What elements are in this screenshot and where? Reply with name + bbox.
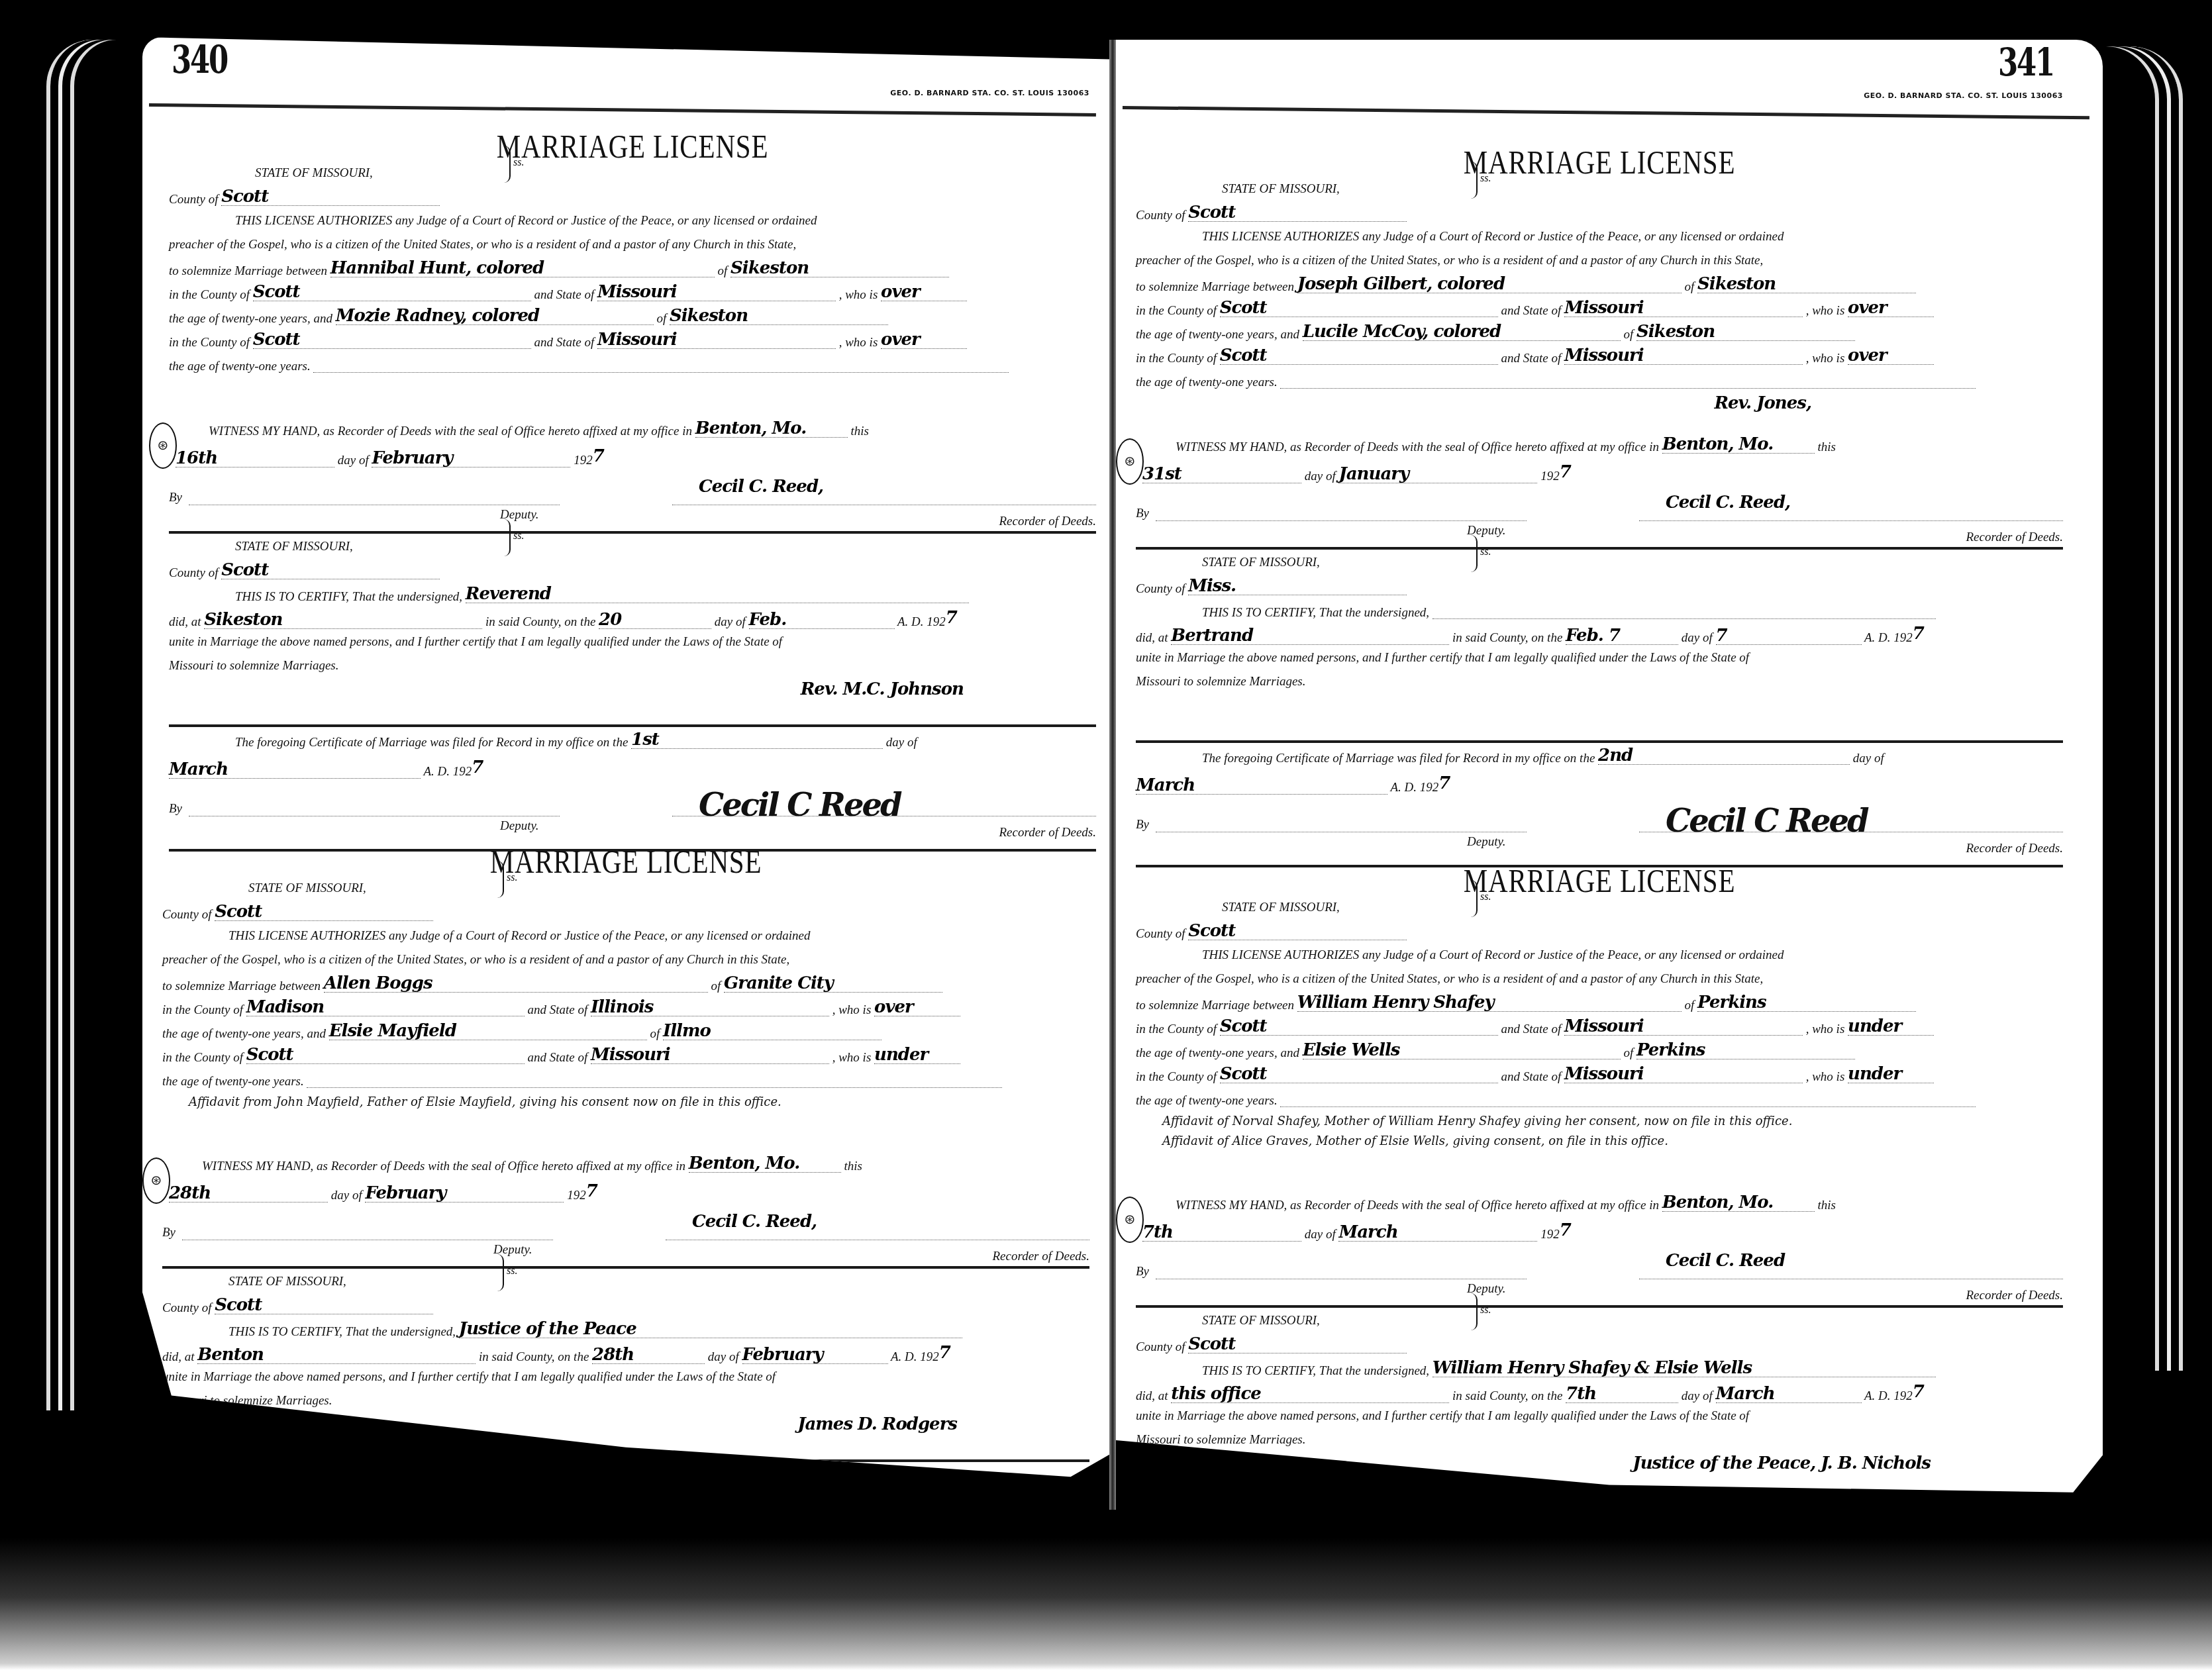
age-and-label: the age of twenty-one years, and	[169, 312, 332, 326]
ad-label: A. D. 192	[417, 1500, 465, 1514]
said-county-label: in said County, on the	[479, 1350, 589, 1364]
did-at-label: did, at	[1136, 1389, 1168, 1403]
state-label: STATE OF MISSOURI,	[169, 166, 373, 180]
certify-text: THIS IS TO CERTIFY, That the undersigned…	[1136, 606, 1429, 620]
officiant-signature: Rev. M.C. Johnson	[801, 679, 964, 699]
authorizes-text-2: preacher of the Gospel, who is a citizen…	[162, 953, 789, 967]
county-of-label: in the County of	[1136, 304, 1217, 318]
ceremony-year: 7	[946, 608, 957, 628]
bride-name: Elsie Wells	[1303, 1040, 1400, 1060]
bride-residence: Sikeston	[1636, 322, 1715, 342]
page-header-rule	[1123, 106, 2089, 119]
marriage-license-1: MARRIAGE LICENSE STATE OF MISSOURI, ss. …	[169, 117, 1096, 858]
of-label: of	[1685, 280, 1695, 294]
certificate-county: Scott	[221, 560, 268, 580]
groom-name: Hannibal Hunt, colored	[330, 258, 544, 278]
officiant-note: Rev. Jones,	[1714, 393, 1811, 413]
bride-age-status: over	[881, 330, 920, 350]
filed-signature: Cecil C Reed	[1666, 805, 1868, 837]
officiant-title: William Henry Shafey & Elsie Wells	[1433, 1358, 1752, 1378]
day-of-label: day of	[1305, 469, 1336, 483]
witness-place: Benton, Mo.	[1662, 1193, 1774, 1212]
witness-day: 16th	[176, 448, 217, 468]
license-notes: Affidavit from John Mayfield, Father of …	[162, 1097, 1089, 1116]
filed-year: 7	[472, 758, 483, 777]
witness-text: WITNESS MY HAND, as Recorder of Deeds wi…	[1136, 440, 1659, 454]
state-of-label: and State of	[1501, 352, 1561, 366]
witness-text: WITNESS MY HAND, as Recorder of Deeds wi…	[1136, 1199, 1659, 1212]
groom-county: Scott	[253, 282, 300, 302]
unite-text-2: Missouri to solemnize Marriages.	[1136, 675, 1306, 689]
filed-month: March	[162, 1495, 221, 1514]
county-value: Scott	[215, 902, 262, 922]
ad-label: A. D. 192	[891, 1350, 939, 1364]
day-of-label: day of	[1682, 1389, 1713, 1403]
section-divider	[162, 1266, 1089, 1269]
ceremony-place: this office	[1171, 1384, 1260, 1404]
witness-year: 7	[1560, 1220, 1571, 1240]
witness-day: 7th	[1142, 1222, 1173, 1242]
ad-label: A. D. 192	[1864, 1389, 1913, 1403]
state-label: STATE OF MISSOURI,	[169, 540, 353, 554]
year-prefix: 192	[1540, 1228, 1560, 1242]
this-label: this	[1817, 1199, 1835, 1212]
license-title: MARRIAGE LICENSE	[1219, 864, 1980, 897]
bride-age-status: under	[1848, 1064, 1901, 1084]
ss-label: ss.	[507, 1266, 517, 1277]
witness-place: Benton, Mo.	[689, 1154, 800, 1173]
foregoing-text: The foregoing Certificate of Marriage wa…	[169, 736, 628, 750]
ceremony-day: 28th	[592, 1345, 634, 1365]
book-gutter	[1109, 40, 1116, 1510]
who-is-label: , who is	[832, 1051, 872, 1065]
certificate-county: Scott	[1188, 1334, 1235, 1354]
solemnize-label: to solemnize Marriage between	[1136, 280, 1294, 294]
state-label: STATE OF MISSOURI,	[1136, 1314, 1320, 1328]
of-label: of	[1685, 999, 1695, 1012]
bride-county: Scott	[246, 1045, 293, 1065]
ad-label: A. D. 192	[423, 765, 472, 779]
unite-text-2: Missouri to solemnize Marriages.	[162, 1394, 332, 1408]
section-divider	[169, 531, 1096, 534]
witness-month: February	[365, 1183, 446, 1203]
ceremony-month: March	[1716, 1384, 1775, 1404]
state-of-label: and State of	[527, 1051, 587, 1065]
license-notes: Affidavit of Norval Shafey, Mother of Wi…	[1136, 1116, 2063, 1155]
filed-day: 1st	[631, 730, 659, 750]
unite-text-2: Missouri to solemnize Marriages.	[169, 659, 339, 673]
witness-month: March	[1338, 1222, 1397, 1242]
by-label: By	[1136, 1265, 1149, 1278]
affidavit-note: Affidavit from John Mayfield, Father of …	[162, 1097, 1089, 1116]
day-of-label: day of	[331, 1189, 362, 1203]
age-and-label: the age of twenty-one years, and	[162, 1027, 326, 1041]
county-value: Scott	[221, 187, 268, 207]
filed-day: 9th	[1598, 1504, 1629, 1524]
unite-text-1: unite in Marriage the above named person…	[169, 635, 782, 649]
ceremony-place: Bertrand	[1171, 626, 1253, 646]
license-title: MARRIAGE LICENSE	[252, 130, 1013, 163]
county-label: County of	[1136, 209, 1185, 222]
ledger-page-340: 340GEO. D. BARNARD STA. CO. ST. LOUIS 13…	[142, 37, 1109, 1514]
bride-state: Missouri	[1564, 346, 1644, 366]
groom-county: Madison	[246, 997, 325, 1017]
ledger-page-341: 341GEO. D. BARNARD STA. CO. ST. LOUIS 13…	[1116, 40, 2103, 1530]
this-label: this	[850, 424, 868, 438]
deputy-label: Deputy.	[1467, 836, 1506, 848]
county-label: County of	[1136, 582, 1185, 596]
who-is-label: , who is	[839, 288, 878, 302]
day-of-label: day of	[1682, 631, 1713, 645]
by-label: By	[169, 491, 182, 504]
age-and-label: the age of twenty-one years, and	[1136, 328, 1299, 342]
county-of-label: in the County of	[162, 1051, 243, 1065]
unite-text-1: unite in Marriage the above named person…	[1136, 1409, 1749, 1423]
witness-month: January	[1338, 464, 1409, 484]
county-label: County of	[162, 1301, 211, 1315]
witness-place: Benton, Mo.	[695, 418, 807, 438]
recorder-signature: Cecil C. Reed,	[1666, 494, 1790, 511]
state-of-label: and State of	[534, 288, 594, 302]
groom-residence: Perkins	[1697, 993, 1766, 1012]
age-end-label: the age of twenty-one years.	[1136, 375, 1278, 389]
did-at-label: did, at	[162, 1350, 195, 1364]
authorizes-text-1: THIS LICENSE AUTHORIZES any Judge of a C…	[1136, 230, 1784, 244]
by-label: By	[162, 1226, 176, 1239]
ss-label: ss.	[513, 158, 524, 168]
year-prefix: 192	[1540, 469, 1560, 483]
deputy-label: Deputy.	[500, 820, 539, 832]
unite-text-2: Missouri to solemnize Marriages.	[1136, 1433, 1306, 1447]
ad-label: A. D. 192	[897, 615, 946, 629]
of-label: of	[711, 979, 721, 993]
solemnize-label: to solemnize Marriage between	[162, 979, 321, 993]
county-value: Scott	[1188, 921, 1235, 941]
county-of-label: in the County of	[162, 1003, 243, 1017]
age-and-label: the age of twenty-one years, and	[1136, 1046, 1299, 1060]
section-divider	[169, 724, 1096, 727]
witness-text: WITNESS MY HAND, as Recorder of Deeds wi…	[169, 424, 692, 438]
of-label: of	[718, 264, 728, 278]
state-of-label: and State of	[1501, 1022, 1561, 1036]
state-label: STATE OF MISSOURI,	[1136, 556, 1320, 569]
witness-year: 7	[593, 446, 604, 466]
printer-imprint: GEO. D. BARNARD STA. CO. ST. LOUIS 13006…	[890, 89, 1089, 97]
witness-text: WITNESS MY HAND, as Recorder of Deeds wi…	[162, 1159, 685, 1173]
ad-label: A. D. 192	[1864, 631, 1913, 645]
age-end-label: the age of twenty-one years.	[162, 1075, 304, 1089]
witness-year: 7	[1560, 462, 1571, 482]
recorder-signature: Cecil C. Reed,	[692, 1213, 817, 1230]
bride-residence: Sikeston	[670, 306, 748, 326]
groom-age-status: over	[874, 997, 913, 1017]
of-label: of	[1623, 1046, 1633, 1060]
unite-text-1: unite in Marriage the above named person…	[1136, 651, 1749, 665]
state-of-label: and State of	[1501, 304, 1561, 318]
day-of-label: day of	[338, 454, 369, 467]
filed-day: 1st	[625, 1465, 652, 1485]
affidavit-note: Affidavit of Norval Shafey, Mother of Wi…	[1136, 1116, 2063, 1136]
state-label: STATE OF MISSOURI,	[162, 881, 366, 895]
marriage-license-2: MARRIAGE LICENSE STATE OF MISSOURI, ss. …	[162, 832, 1089, 1514]
groom-residence: Granite City	[724, 973, 833, 993]
filed-year: 7	[1438, 773, 1450, 793]
marriage-license-2: MARRIAGE LICENSE STATE OF MISSOURI, ss. …	[1136, 851, 2063, 1530]
year-prefix: 192	[567, 1189, 586, 1203]
filed-month: March	[169, 760, 228, 779]
section-divider	[162, 1459, 1089, 1462]
groom-county: Scott	[1220, 1016, 1267, 1036]
county-label: County of	[1136, 1340, 1185, 1354]
who-is-label: , who is	[1806, 352, 1845, 366]
certificate-county: Miss.	[1188, 576, 1236, 596]
ss-label: ss.	[1480, 173, 1491, 184]
ceremony-year: 7	[1913, 1382, 1924, 1402]
printer-imprint: GEO. D. BARNARD STA. CO. ST. LOUIS 13006…	[1864, 91, 2063, 100]
witness-year: 7	[586, 1181, 597, 1201]
page-number: 341	[1998, 40, 2054, 85]
day-of-label: day of	[1305, 1228, 1336, 1242]
bride-state: Missouri	[1564, 1064, 1644, 1084]
witness-day: 31st	[1142, 464, 1181, 484]
filed-day: 2nd	[1598, 746, 1633, 765]
groom-residence: Sikeston	[1697, 274, 1776, 294]
groom-age-status: over	[1848, 298, 1887, 318]
groom-state: Illinois	[591, 997, 654, 1017]
groom-state: Missouri	[597, 282, 677, 302]
certify-text: THIS IS TO CERTIFY, That the undersigned…	[169, 590, 462, 604]
year-prefix: 192	[574, 454, 593, 467]
who-is-label: , who is	[832, 1003, 872, 1017]
groom-name: William Henry Shafey	[1297, 993, 1494, 1012]
of-label: of	[656, 312, 666, 326]
bride-county: Scott	[1220, 1064, 1267, 1084]
bride-county: Scott	[253, 330, 300, 350]
solemnize-label: to solemnize Marriage between	[169, 264, 327, 278]
groom-name: Allen Boggs	[324, 973, 432, 993]
foregoing-text: The foregoing Certificate of Marriage wa…	[1136, 1510, 1595, 1524]
filed-year: 7	[465, 1493, 476, 1512]
day-of-label: day of	[1853, 752, 1884, 765]
by-label: By	[169, 803, 182, 815]
certificate-county: Scott	[215, 1295, 262, 1315]
recorder-label: Recorder of Deeds.	[993, 1250, 1090, 1263]
county-label: County of	[169, 193, 218, 207]
county-of-label: in the County of	[169, 336, 250, 350]
this-label: this	[844, 1159, 862, 1173]
page-header-rule	[149, 103, 1096, 117]
who-is-label: , who is	[1806, 1022, 1845, 1036]
authorizes-text-2: preacher of the Gospel, who is a citizen…	[1136, 254, 1763, 268]
of-label: of	[1623, 328, 1633, 342]
ad-label: A. D. 192	[1390, 781, 1438, 795]
license-title: MARRIAGE LICENSE	[246, 845, 1006, 878]
did-at-label: did, at	[169, 615, 201, 629]
bride-age-status: over	[1848, 346, 1887, 366]
recorder-label: Recorder of Deeds.	[1966, 1289, 2064, 1302]
county-label: County of	[162, 908, 211, 922]
authorizes-text-1: THIS LICENSE AUTHORIZES any Judge of a C…	[162, 929, 810, 943]
county-of-label: in the County of	[1136, 1070, 1217, 1084]
bride-age-status: under	[874, 1045, 928, 1065]
section-divider	[1136, 547, 2063, 550]
groom-state: Missouri	[1564, 298, 1644, 318]
said-county-label: in said County, on the	[1452, 631, 1562, 645]
bride-residence: Perkins	[1636, 1040, 1705, 1060]
ss-label: ss.	[1480, 547, 1491, 558]
this-label: this	[1817, 440, 1835, 454]
ceremony-year: 7	[1913, 624, 1924, 644]
day-of-label: day of	[708, 1350, 739, 1364]
unite-text-1: unite in Marriage the above named person…	[162, 1370, 776, 1384]
recorder-signature: Cecil C. Reed	[1666, 1252, 1785, 1269]
section-divider	[1136, 1498, 2063, 1501]
day-of-label: day of	[715, 615, 746, 629]
state-of-label: and State of	[527, 1003, 587, 1017]
bride-name: Lucile McCoy, colored	[1303, 322, 1501, 342]
groom-age-status: over	[881, 282, 920, 302]
ceremony-day: 7th	[1566, 1384, 1596, 1404]
license-title: MARRIAGE LICENSE	[1219, 146, 1980, 179]
officiant-signature: Justice of the Peace, J. B. Nichols	[1633, 1453, 1931, 1473]
ceremony-day: 20	[599, 610, 621, 630]
groom-residence: Sikeston	[730, 258, 809, 278]
county-of-label: in the County of	[169, 288, 250, 302]
bride-county: Scott	[1220, 346, 1267, 366]
ss-label: ss.	[1480, 1305, 1491, 1316]
bride-name: Elsie Mayfield	[329, 1021, 456, 1041]
who-is-label: , who is	[1806, 304, 1845, 318]
recorder-label: Recorder of Deeds.	[999, 515, 1097, 528]
authorizes-text-1: THIS LICENSE AUTHORIZES any Judge of a C…	[1136, 948, 1784, 962]
affidavit-note: Affidavit of Alice Graves, Mother of Els…	[1136, 1136, 2063, 1155]
filed-signature: Cecil C Reed	[699, 789, 901, 821]
ceremony-place: Sikeston	[204, 610, 282, 630]
said-county-label: in said County, on the	[1452, 1389, 1562, 1403]
ceremony-month: 7	[1716, 626, 1727, 646]
witness-month: February	[372, 448, 452, 468]
did-at-label: did, at	[1136, 631, 1168, 645]
by-label: By	[1136, 507, 1149, 520]
bride-state: Missouri	[597, 330, 677, 350]
authorizes-text-2: preacher of the Gospel, who is a citizen…	[1136, 972, 1763, 986]
state-label: STATE OF MISSOURI,	[1136, 182, 1340, 196]
officiant-title: Justice of the Peace	[459, 1319, 636, 1339]
county-label: County of	[1136, 927, 1185, 941]
certify-text: THIS IS TO CERTIFY, That the undersigned…	[1136, 1364, 1429, 1378]
groom-state: Missouri	[1564, 1016, 1644, 1036]
authorizes-text-1: THIS LICENSE AUTHORIZES any Judge of a C…	[169, 214, 817, 228]
said-county-label: in said County, on the	[485, 615, 595, 629]
county-label: County of	[169, 566, 218, 580]
day-of-label: day of	[886, 736, 917, 750]
scan-background	[0, 1538, 2212, 1670]
foregoing-text: The foregoing Certificate of Marriage wa…	[162, 1471, 621, 1485]
age-end-label: the age of twenty-one years.	[169, 360, 311, 373]
county-of-label: in the County of	[1136, 1022, 1217, 1036]
officiant-title: Reverend	[466, 584, 551, 604]
foregoing-text: The foregoing Certificate of Marriage wa…	[1136, 752, 1595, 765]
who-is-label: , who is	[1806, 1070, 1845, 1084]
recorder-label: Recorder of Deeds.	[1966, 531, 2064, 544]
officiant-signature: James D. Rodgers	[797, 1414, 957, 1434]
ss-label: ss.	[1480, 892, 1491, 903]
state-label: STATE OF MISSOURI,	[1136, 901, 1340, 914]
marriage-license-1: MARRIAGE LICENSE STATE OF MISSOURI, ss. …	[1136, 132, 2063, 874]
groom-county: Scott	[1220, 298, 1267, 318]
county-of-label: in the County of	[1136, 352, 1217, 366]
groom-age-status: under	[1848, 1016, 1901, 1036]
of-label: of	[650, 1027, 660, 1041]
ceremony-year: 7	[939, 1343, 950, 1363]
ceremony-month: February	[742, 1345, 823, 1365]
state-of-label: and State of	[534, 336, 594, 350]
state-of-label: and State of	[1501, 1070, 1561, 1084]
ceremony-month: Feb.	[749, 610, 787, 630]
ceremony-place: Benton	[197, 1345, 264, 1365]
day-of-label: day of	[1853, 1510, 1884, 1524]
filed-month: March	[1136, 775, 1195, 795]
state-label: STATE OF MISSOURI,	[162, 1275, 346, 1289]
section-divider	[1136, 740, 2063, 743]
witness-place: Benton, Mo.	[1662, 434, 1774, 454]
certify-text: THIS IS TO CERTIFY, That the undersigned…	[162, 1325, 456, 1339]
ss-label: ss.	[513, 531, 524, 542]
age-end-label: the age of twenty-one years.	[1136, 1094, 1278, 1108]
authorizes-text-2: preacher of the Gospel, who is a citizen…	[169, 238, 796, 252]
bride-name: Mozie Radney, colored	[336, 306, 540, 326]
who-is-label: , who is	[839, 336, 878, 350]
ceremony-day: Feb. 7	[1566, 626, 1620, 646]
day-of-label: day of	[880, 1471, 911, 1485]
county-value: Scott	[1188, 203, 1235, 222]
solemnize-label: to solemnize Marriage between	[1136, 999, 1294, 1012]
witness-day: 28th	[169, 1183, 211, 1203]
recorder-signature: Cecil C. Reed,	[699, 478, 823, 495]
groom-name: Joseph Gilbert, colored	[1297, 274, 1505, 294]
section-divider	[1136, 1305, 2063, 1308]
page-number: 340	[172, 37, 227, 82]
ss-label: ss.	[507, 873, 517, 883]
by-label: By	[1136, 818, 1149, 831]
bride-state: Missouri	[591, 1045, 670, 1065]
bride-residence: Illmo	[663, 1021, 711, 1041]
